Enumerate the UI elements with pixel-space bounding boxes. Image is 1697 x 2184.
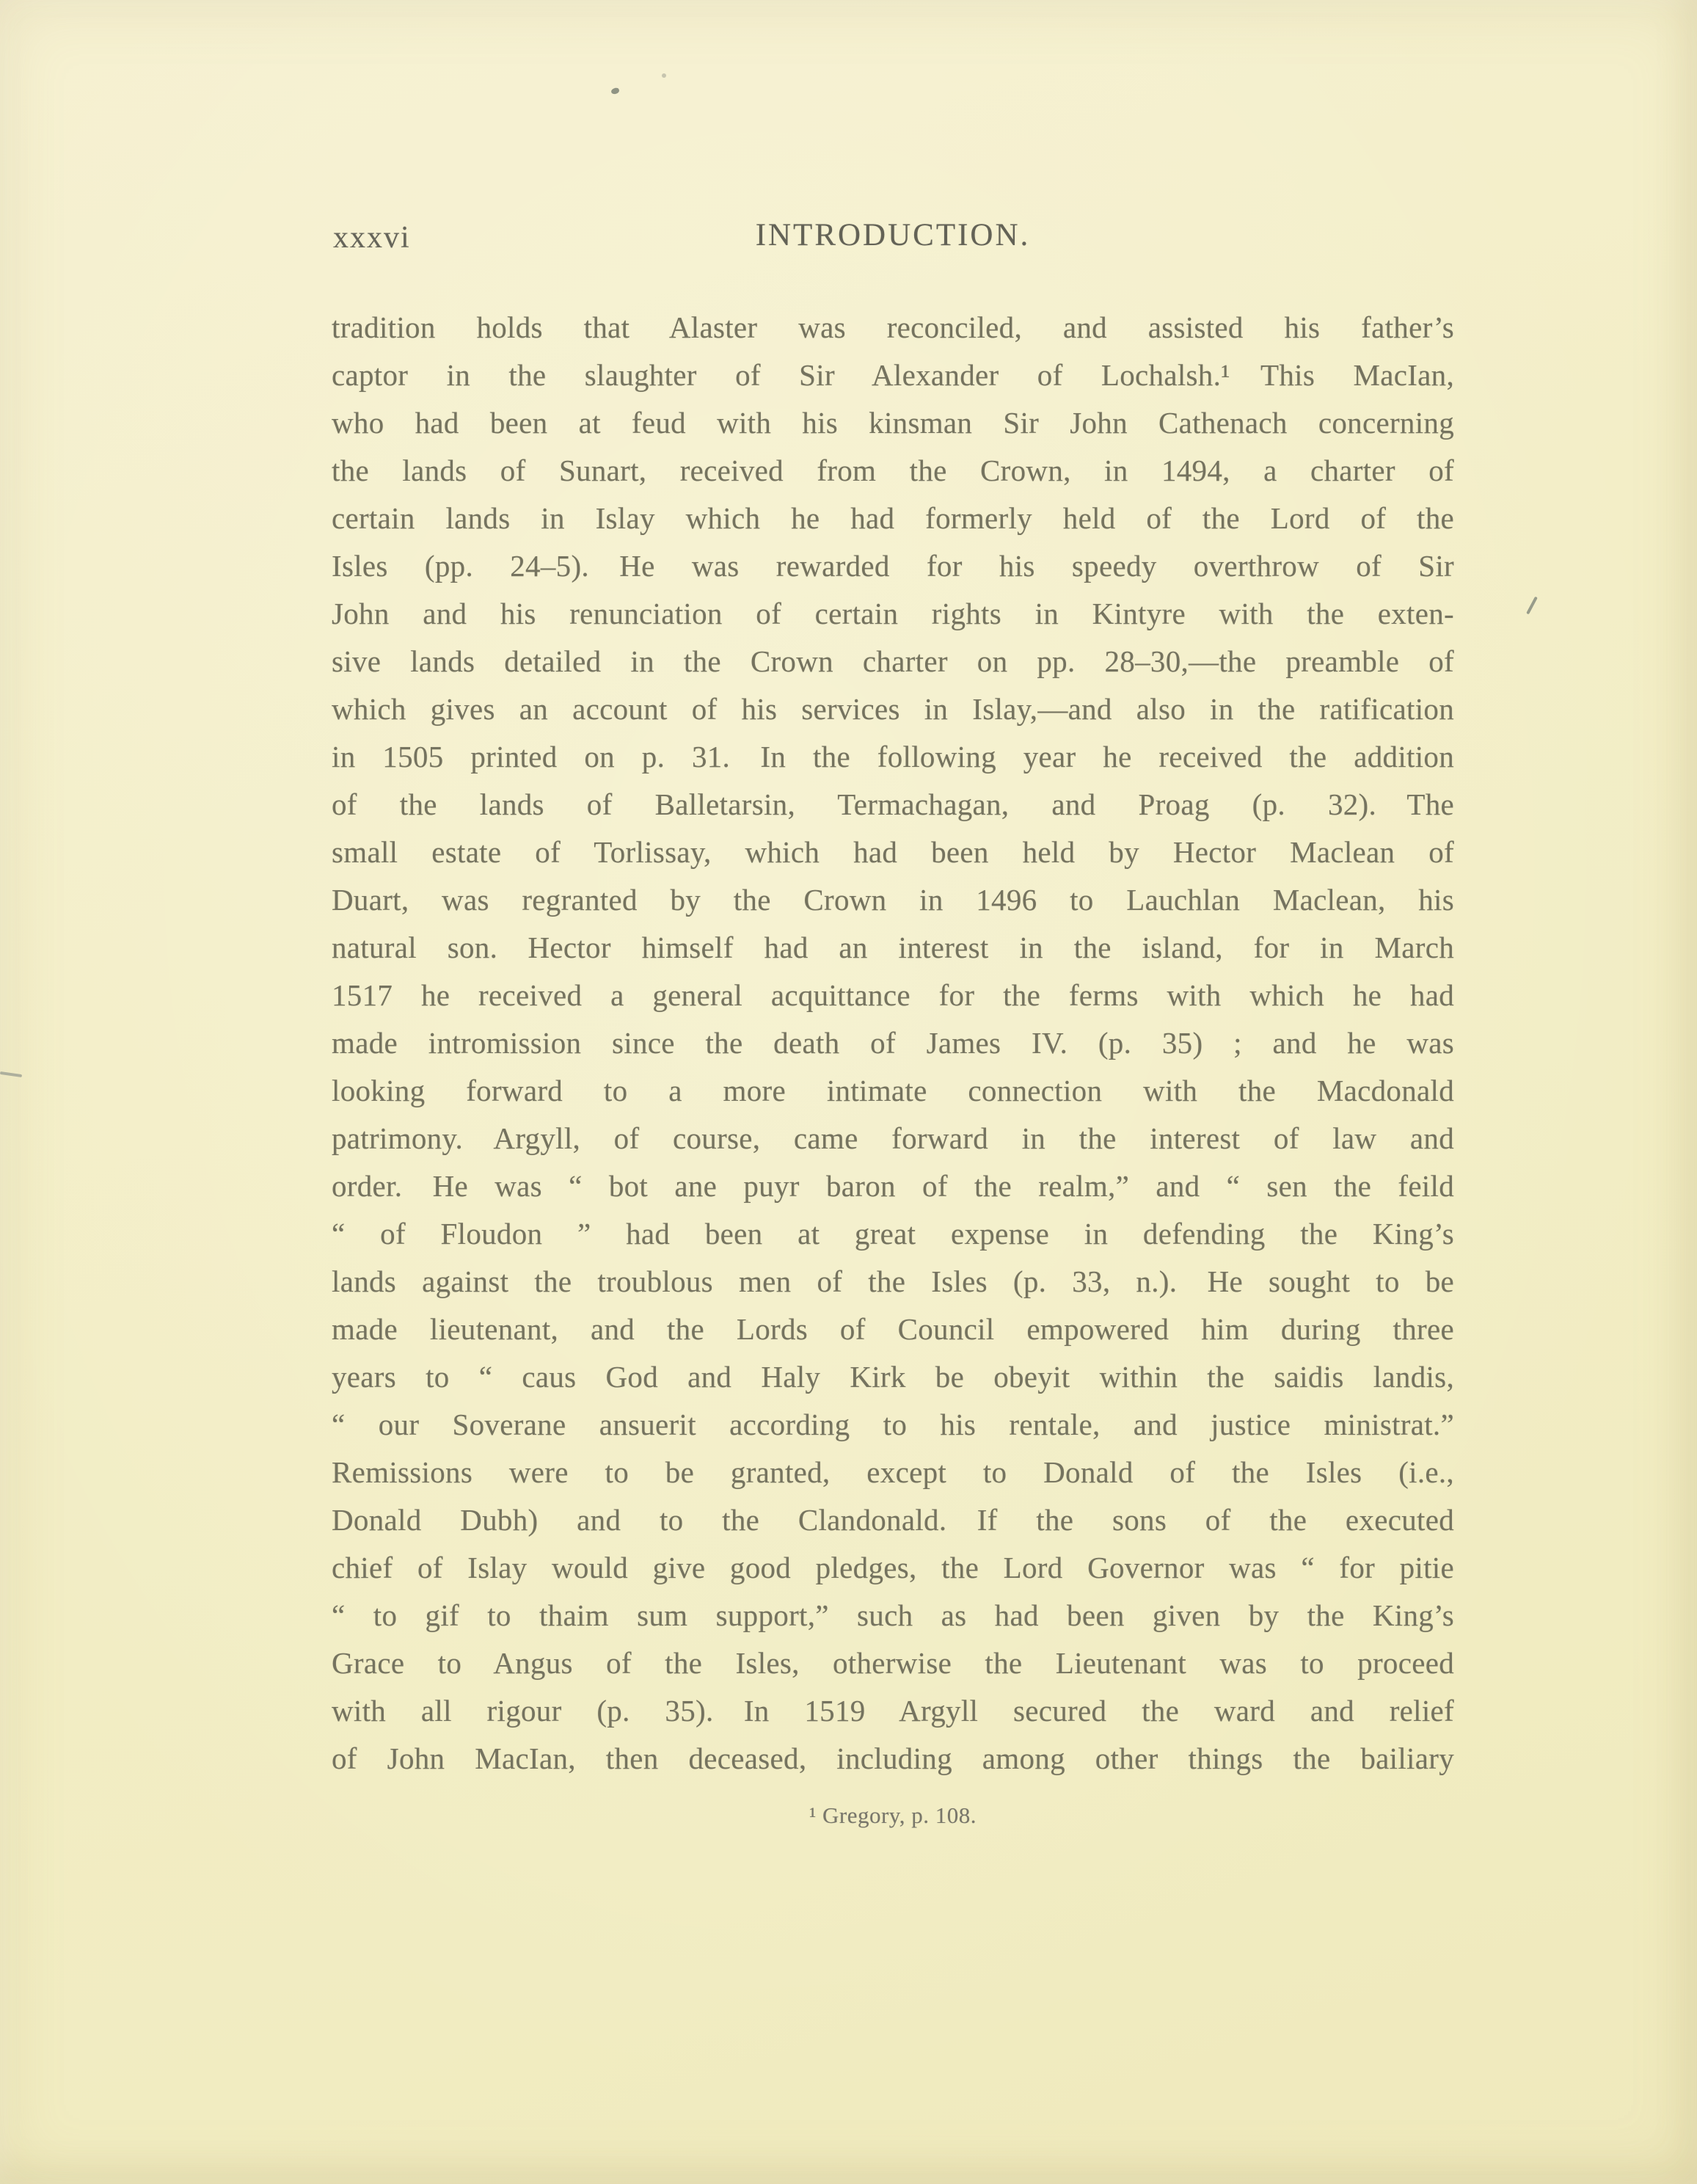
body-text-line: order. He was “ bot ane puyr baron of th… — [332, 1162, 1454, 1210]
body-text-line: of the lands of Balletarsin, Termachagan… — [332, 781, 1454, 829]
body-text-line: in 1505 printed on p. 31. In the followi… — [332, 733, 1454, 781]
body-text-line: years to “ caus God and Haly Kirk be obe… — [332, 1353, 1454, 1401]
edge-pencil-dash — [0, 1071, 22, 1077]
body-text-line: “ our Soverane ansuerit according to his… — [332, 1401, 1454, 1449]
body-text-line: patrimony. Argyll, of course, came forwa… — [332, 1115, 1454, 1162]
ink-speck — [610, 87, 620, 95]
body-text-line: tradition holds that Alaster was reconci… — [332, 304, 1454, 352]
body-text-line: the lands of Sunart, received from the C… — [332, 447, 1454, 495]
body-text-line: looking forward to a more intimate conne… — [332, 1067, 1454, 1115]
body-text-line: sive lands detailed in the Crown charter… — [332, 638, 1454, 685]
body-text-line: captor in the slaughter of Sir Alexander… — [332, 352, 1454, 399]
body-text-line: who had been at feud with his kinsman Si… — [332, 399, 1454, 447]
body-text-line: certain lands in Islay which he had form… — [332, 495, 1454, 542]
body-text-line: “ of Floudon ” had been at great expense… — [332, 1210, 1454, 1258]
ink-speck — [662, 73, 666, 78]
body-text-line: made intromission since the death of Jam… — [332, 1019, 1454, 1067]
body-text-line: lands against the troublous men of the I… — [332, 1258, 1454, 1306]
body-text-line: Duart, was regranted by the Crown in 149… — [332, 876, 1454, 924]
body-text-line: Donald Dubh) and to the Clandonald. If t… — [332, 1496, 1454, 1544]
body-text-line: chief of Islay would give good pledges, … — [332, 1544, 1454, 1592]
body-text-line: small estate of Torlissay, which had bee… — [332, 829, 1454, 876]
body-text-line: of John MacIan, then deceased, including… — [332, 1735, 1454, 1783]
footnote: ¹ Gregory, p. 108. — [332, 1802, 1454, 1829]
body-text-line: Remissions were to be granted, except to… — [332, 1449, 1454, 1496]
body-text-line: natural son. Hector himself had an inter… — [332, 924, 1454, 972]
body-text-line: with all rigour (p. 35). In 1519 Argyll … — [332, 1687, 1454, 1735]
body-text-line: Grace to Angus of the Isles, otherwise t… — [332, 1639, 1454, 1687]
body-text-line: “ to gif to thaim sum support,” such as … — [332, 1592, 1454, 1639]
body-text-line: which gives an account of his services i… — [332, 685, 1454, 733]
body-paragraph: tradition holds that Alaster was reconci… — [332, 304, 1454, 1783]
body-text-line: John and his renunciation of certain rig… — [332, 590, 1454, 638]
pencil-tick-mark — [1526, 597, 1538, 615]
body-text-line: Isles (pp. 24–5). He was rewarded for hi… — [332, 542, 1454, 590]
body-text-line: made lieutenant, and the Lords of Counci… — [332, 1306, 1454, 1353]
running-title: INTRODUCTION. — [332, 217, 1454, 253]
scanned-book-page: xxxvi INTRODUCTION. tradition holds that… — [0, 0, 1697, 2184]
body-text-line: 1517 he received a general acquittance f… — [332, 972, 1454, 1019]
page-header: xxxvi INTRODUCTION. — [332, 217, 1454, 258]
